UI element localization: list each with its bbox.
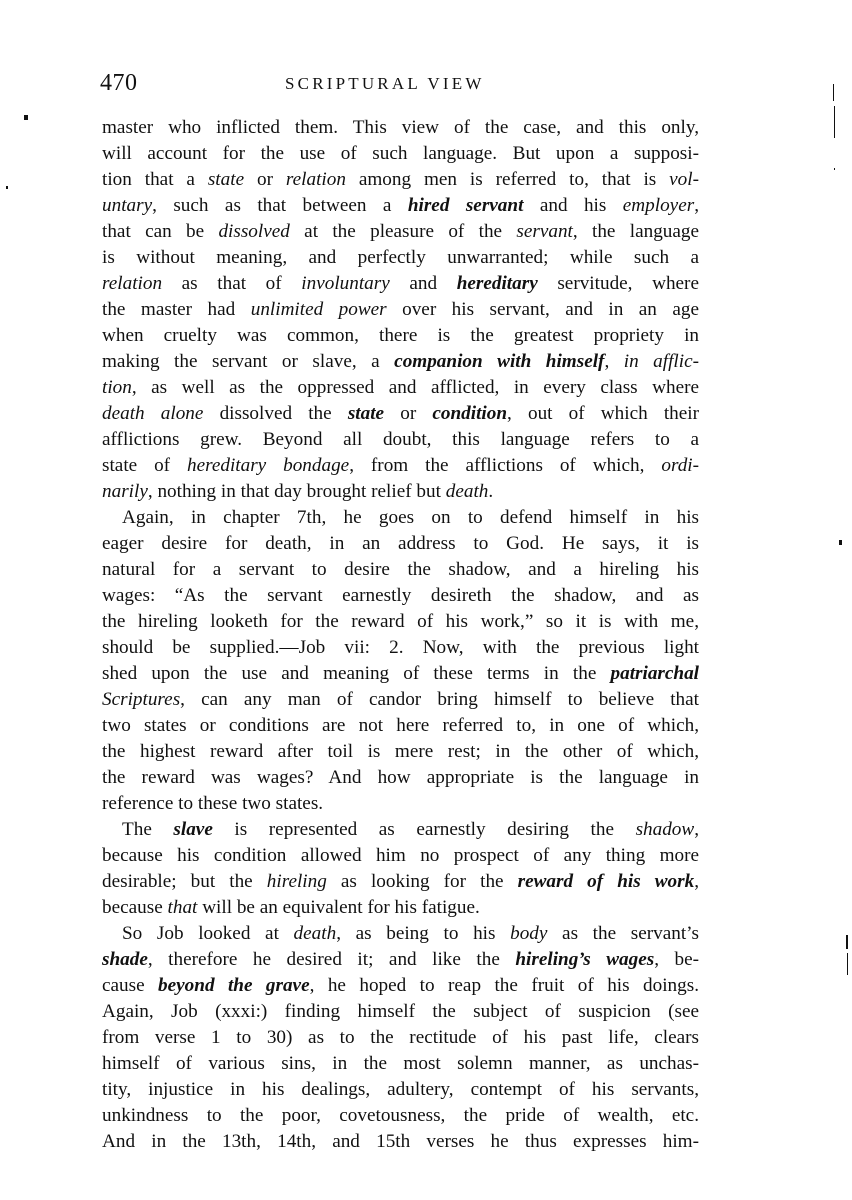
text-line: shade, therefore he desired it; and like…	[102, 947, 699, 973]
text-line: the reward was wages? And how appropriat…	[102, 765, 699, 791]
text-run: desirable; but the	[102, 871, 267, 892]
text-line: death alone dissolved the state or condi…	[102, 401, 699, 427]
text-line: from verse 1 to 30) as to the rectitude …	[102, 1025, 699, 1051]
text-line: tion that a state or relation among men …	[102, 167, 699, 193]
text-run: The	[122, 819, 173, 840]
emphasis: untary	[102, 195, 152, 216]
emphasis: dissolved	[218, 221, 289, 242]
text-line: because his condition allowed him no pro…	[102, 843, 699, 869]
text-run: that can be	[102, 221, 218, 242]
text-run: two states or conditions are not here re…	[102, 715, 699, 736]
text-line: making the servant or slave, a companion…	[102, 349, 699, 375]
text-line: is without meaning, and perfectly unwarr…	[102, 245, 699, 271]
text-line: So Job looked at death, as being to his …	[102, 921, 699, 947]
text-run: , as well as the oppressed and afflicted…	[132, 377, 699, 398]
text-run: making the servant or slave, a	[102, 351, 394, 372]
text-run: , such as that between a	[152, 195, 408, 216]
text-run: wages: “As the servant earnestly desiret…	[102, 585, 699, 606]
emphasis: vol-	[669, 169, 699, 190]
scan-speck-right-4	[839, 540, 842, 545]
text-line: tity, injustice in his dealings, adulter…	[102, 1077, 699, 1103]
emphasis: death alone	[102, 403, 203, 424]
text-run: over his servant, and in an age	[387, 299, 699, 320]
emphasis: hereditary bondage	[187, 455, 349, 476]
text-run: Again, in chapter 7th, he goes on to def…	[122, 507, 699, 528]
emphasis: condition	[432, 403, 507, 424]
emphasis: companion with himself	[394, 351, 604, 372]
scan-rule-right-5	[846, 935, 848, 949]
body-text: master who inflicted them. This view of …	[102, 115, 699, 1155]
text-line: unkindness to the poor, covetousness, th…	[102, 1103, 699, 1129]
emphasis: state	[208, 169, 244, 190]
book-page: 470 SCRIPTURAL VIEW master who inflicted…	[0, 0, 852, 1200]
text-run: ,	[604, 351, 623, 372]
text-run: the master had	[102, 299, 251, 320]
emphasis: Scriptures	[102, 689, 180, 710]
page-number: 470	[100, 70, 138, 97]
scan-speck-left-2	[6, 186, 8, 189]
text-run: afflictions grew. Beyond all doubt, this…	[102, 429, 699, 450]
scan-speck-right-3	[834, 168, 835, 170]
text-line: master who inflicted them. This view of …	[102, 115, 699, 141]
text-run: ,	[694, 195, 699, 216]
text-run: the highest reward after toil is mere re…	[102, 741, 699, 762]
text-line: should be supplied.—Job vii: 2. Now, wit…	[102, 635, 699, 661]
text-run: Again, Job (xxxi:) finding himself the s…	[102, 1001, 699, 1022]
emphasis: involuntary	[301, 273, 389, 294]
text-line: Scriptures, can any man of candor bring …	[102, 687, 699, 713]
text-line: himself of various sins, in the most sol…	[102, 1051, 699, 1077]
text-run: So Job looked at	[122, 923, 294, 944]
emphasis: relation	[102, 273, 162, 294]
emphasis: ordi-	[661, 455, 699, 476]
text-run: natural for a servant to desire the shad…	[102, 559, 699, 580]
text-line: desirable; but the hireling as looking f…	[102, 869, 699, 895]
text-run: is represented as earnestly desiring the	[213, 819, 636, 840]
text-run: the reward was wages? And how appropriat…	[102, 767, 699, 788]
text-run: the hireling looketh for the reward of h…	[102, 611, 699, 632]
emphasis: shade	[102, 949, 148, 970]
text-run: shed upon the use and meaning of these t…	[102, 663, 611, 684]
text-run: servitude, where	[538, 273, 699, 294]
scan-speck-left-1	[24, 115, 28, 120]
text-run: state of	[102, 455, 187, 476]
text-run: or	[244, 169, 286, 190]
emphasis: in afflic-	[624, 351, 699, 372]
text-run: , be-	[654, 949, 699, 970]
text-line: will account for the use of such languag…	[102, 141, 699, 167]
emphasis: shadow	[636, 819, 695, 840]
text-run: when cruelty was common, there is the gr…	[102, 325, 699, 346]
text-line: relation as that of involuntary and here…	[102, 271, 699, 297]
text-line: Again, in chapter 7th, he goes on to def…	[102, 505, 699, 531]
text-run: master who inflicted them. This view of …	[102, 117, 699, 138]
text-run: because his condition allowed him no pro…	[102, 845, 699, 866]
running-title: SCRIPTURAL VIEW	[285, 74, 485, 94]
text-run: and	[390, 273, 457, 294]
text-line: narily, nothing in that day brought reli…	[102, 479, 699, 505]
text-run: , from the afflictions of which,	[349, 455, 661, 476]
text-line: the master had unlimited power over his …	[102, 297, 699, 323]
emphasis: hireling’s wages	[515, 949, 654, 970]
text-line: cause beyond the grave, he hoped to reap…	[102, 973, 699, 999]
text-run: eager desire for death, in an address to…	[102, 533, 699, 554]
text-line: The slave is represented as earnestly de…	[102, 817, 699, 843]
emphasis: servant	[516, 221, 573, 242]
emphasis: patriarchal	[611, 663, 700, 684]
scan-rule-right-2	[834, 106, 835, 138]
text-run: , he hoped to reap the fruit of his doin…	[310, 975, 699, 996]
emphasis: narily	[102, 481, 148, 502]
text-run: .	[488, 481, 493, 502]
text-run: tity, injustice in his dealings, adulter…	[102, 1079, 699, 1100]
text-run: ,	[694, 819, 699, 840]
text-run: will account for the use of such languag…	[102, 143, 699, 164]
text-run: ,	[694, 871, 699, 892]
text-line: untary, such as that between a hired ser…	[102, 193, 699, 219]
text-run: and his	[523, 195, 622, 216]
text-run: cause	[102, 975, 158, 996]
text-run: or	[384, 403, 432, 424]
text-run: as that of	[162, 273, 301, 294]
emphasis: reward of his work	[518, 871, 695, 892]
text-run: unkindness to the poor, covetousness, th…	[102, 1105, 699, 1126]
emphasis: slave	[173, 819, 212, 840]
emphasis: unlimited power	[251, 299, 387, 320]
text-run: , out of which their	[507, 403, 699, 424]
text-run: among men is referred to, that is	[346, 169, 669, 190]
text-run: as looking for the	[327, 871, 518, 892]
text-line: afflictions grew. Beyond all doubt, this…	[102, 427, 699, 453]
emphasis: hereditary	[457, 273, 538, 294]
text-run: tion that a	[102, 169, 208, 190]
emphasis: hired servant	[408, 195, 524, 216]
text-line: shed upon the use and meaning of these t…	[102, 661, 699, 687]
text-run: is without meaning, and perfectly unwarr…	[102, 247, 699, 268]
text-run: , therefore he desired it; and like the	[148, 949, 516, 970]
text-run: because	[102, 897, 168, 918]
text-run: at the pleasure of the	[290, 221, 517, 242]
emphasis: employer	[623, 195, 694, 216]
text-run: , nothing in that day brought relief but	[148, 481, 446, 502]
text-line: that can be dissolved at the pleasure of…	[102, 219, 699, 245]
text-line: eager desire for death, in an address to…	[102, 531, 699, 557]
text-run: should be supplied.—Job vii: 2. Now, wit…	[102, 637, 699, 658]
text-run: dissolved the	[203, 403, 347, 424]
emphasis: state	[348, 403, 384, 424]
text-line: the highest reward after toil is mere re…	[102, 739, 699, 765]
emphasis: relation	[286, 169, 346, 190]
text-line: state of hereditary bondage, from the af…	[102, 453, 699, 479]
text-line: tion, as well as the oppressed and affli…	[102, 375, 699, 401]
scan-rule-right-1	[833, 84, 834, 101]
text-line: reference to these two states.	[102, 791, 699, 817]
text-run: will be an equivalent for his fatigue.	[197, 897, 479, 918]
scan-rule-right-6	[847, 953, 848, 975]
text-run: And in the 13th, 14th, and 15th verses h…	[102, 1131, 699, 1152]
emphasis: death	[446, 481, 489, 502]
text-line: two states or conditions are not here re…	[102, 713, 699, 739]
text-run: , as being to his	[336, 923, 510, 944]
emphasis: beyond the grave	[158, 975, 310, 996]
emphasis: that	[168, 897, 198, 918]
text-line: Again, Job (xxxi:) finding himself the s…	[102, 999, 699, 1025]
emphasis: tion	[102, 377, 132, 398]
emphasis: hireling	[267, 871, 327, 892]
emphasis: death	[294, 923, 337, 944]
text-line: the hireling looketh for the reward of h…	[102, 609, 699, 635]
text-line: natural for a servant to desire the shad…	[102, 557, 699, 583]
text-run: , the language	[573, 221, 699, 242]
text-run: himself of various sins, in the most sol…	[102, 1053, 699, 1074]
running-head: 470 SCRIPTURAL VIEW	[100, 70, 700, 100]
text-line: when cruelty was common, there is the gr…	[102, 323, 699, 349]
text-line: because that will be an equivalent for h…	[102, 895, 699, 921]
text-run: from verse 1 to 30) as to the rectitude …	[102, 1027, 699, 1048]
text-run: , can any man of candor bring himself to…	[180, 689, 699, 710]
emphasis: body	[510, 923, 547, 944]
text-run: reference to these two states.	[102, 793, 323, 814]
text-line: And in the 13th, 14th, and 15th verses h…	[102, 1129, 699, 1155]
text-run: as the servant’s	[547, 923, 699, 944]
text-line: wages: “As the servant earnestly desiret…	[102, 583, 699, 609]
